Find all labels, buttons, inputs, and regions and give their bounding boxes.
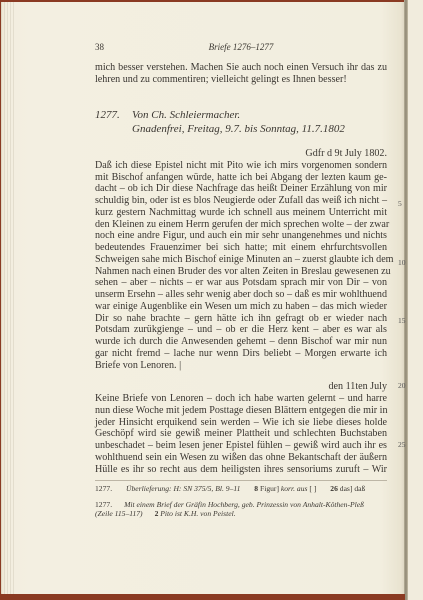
line-number: 10: [398, 258, 406, 267]
text-line: Nahmen nach einen Bruder des vor alten Z…: [95, 266, 387, 278]
text-line: unserm Ersehn – alles sehr wenig aber do…: [95, 289, 387, 301]
note-reading: [ ]: [309, 484, 316, 493]
letter-place-date: Gnadenfrei, Freitag, 9.7. bis Sonntag, 1…: [95, 123, 387, 137]
line-number: 15: [398, 316, 406, 325]
running-header: 38 Briefe 1276–1277: [95, 42, 387, 56]
text-line: Hülle es ihr so recht aus dem heiligsten…: [95, 464, 387, 476]
text-line: den Kleinen zu einem Herrn gerufen der m…: [95, 219, 387, 231]
text-line: dacht – ob ich Dir diese Nachfrage das h…: [95, 183, 387, 195]
commentary-number: 1277.: [95, 500, 112, 509]
note-lemma: das] daß: [340, 484, 366, 493]
text-line: noch eine andre Figur, und auch ein mir …: [95, 230, 387, 242]
note-line-ref: 8: [254, 484, 258, 493]
note-comment: korr. aus: [281, 484, 308, 493]
commentary: 1277.Mit einem Brief der Gräfin Hochberg…: [95, 500, 387, 518]
text-line: lehren und zu commentiren; vielleicht ge…: [95, 74, 387, 86]
commentary-ref: (Zeile 115–117): [95, 509, 143, 518]
text-line: war einige Augenblike ein Wesen um mich …: [95, 301, 387, 313]
text-line: Potsdam zurükgienge – und – ob er die He…: [95, 324, 387, 336]
text-line: wohlthuend sein ein Wesen zu wißen das o…: [95, 452, 387, 464]
line-number: 25: [398, 440, 406, 449]
text-line: Dir so nahe brachte – gern hätte ich ihn…: [95, 313, 387, 325]
letter-sender: Von Ch. Schleiermacher.: [132, 109, 240, 121]
text-line: jeder Hinsicht erquikend sein werden – W…: [95, 417, 387, 429]
text-line: gar nicht fremd – lache nur wenn Dirs be…: [95, 348, 387, 360]
page-edges: [1, 2, 15, 595]
text-line: Geschöpf wird sie gewiß meiner Plattheit…: [95, 428, 387, 440]
text-line: schuldig bin, oder ist es blos Neugierde…: [95, 195, 387, 207]
commentary-note: Pito ist K.H. von Peistel.: [160, 509, 235, 518]
text-line: kurz gestern Nachmittag wurde ich schnel…: [95, 207, 387, 219]
apparatus-source: Überlieferung: H: SN 375/5, Bl. 9–11: [126, 484, 240, 493]
text-line: mit Bischof anfangen würde, hatte ich be…: [95, 172, 387, 184]
text-line: Daß ich diese Epistel nicht mit Pito wie…: [95, 160, 387, 172]
text-line: Schweigen sahe mich Bischof einige Minut…: [95, 254, 387, 266]
apparatus-rule: [95, 480, 387, 481]
commentary-text: Mit einem Brief der Gräfin Hochberg, geb…: [124, 500, 364, 509]
line-number: 20: [398, 381, 406, 390]
note-lemma: Figur]: [260, 484, 279, 493]
dateline: den 11ten July: [95, 381, 387, 393]
text-line: sehen – aber – nichts – er war aus Potsd…: [95, 277, 387, 289]
letter-heading: 1277.Von Ch. Schleiermacher. Gnadenfrei,…: [95, 109, 387, 136]
text-line: unbeschadet – beim lesen jener Epistel f…: [95, 440, 387, 452]
running-title: Briefe 1276–1277: [95, 42, 387, 52]
text-line: nun diese Woche mit jedem Posttage diese…: [95, 405, 387, 417]
apparatus-number: 1277.: [95, 484, 112, 493]
letter-number: 1277.: [95, 109, 132, 123]
textual-apparatus: 1277. Überlieferung: H: SN 375/5, Bl. 9–…: [95, 484, 387, 493]
facing-page-edge: [408, 0, 423, 600]
note-line-ref: 26: [330, 484, 338, 493]
line-number: 5: [398, 199, 402, 208]
text-line: wurde ich durch die Anwesenden gehemt – …: [95, 336, 387, 348]
text-line: bedeutendes Frauenzimer bei sich hatte; …: [95, 242, 387, 254]
note-line-ref: 2: [155, 509, 159, 518]
continuation-text: mich besser verstehen. Machen Sie auch n…: [95, 62, 387, 86]
book-cover-edge: [0, 594, 405, 600]
text-line: Keine Briefe von Lenoren – doch ich habe…: [95, 393, 387, 405]
dateline: Gdfr d 9t July 1802.: [95, 148, 387, 160]
text-line: mich besser verstehen. Machen Sie auch n…: [95, 62, 387, 74]
letter-body: Gdfr d 9t July 1802. Daß ich diese Epist…: [95, 148, 387, 475]
text-line: Briefe von Lenoren. |: [95, 360, 387, 372]
